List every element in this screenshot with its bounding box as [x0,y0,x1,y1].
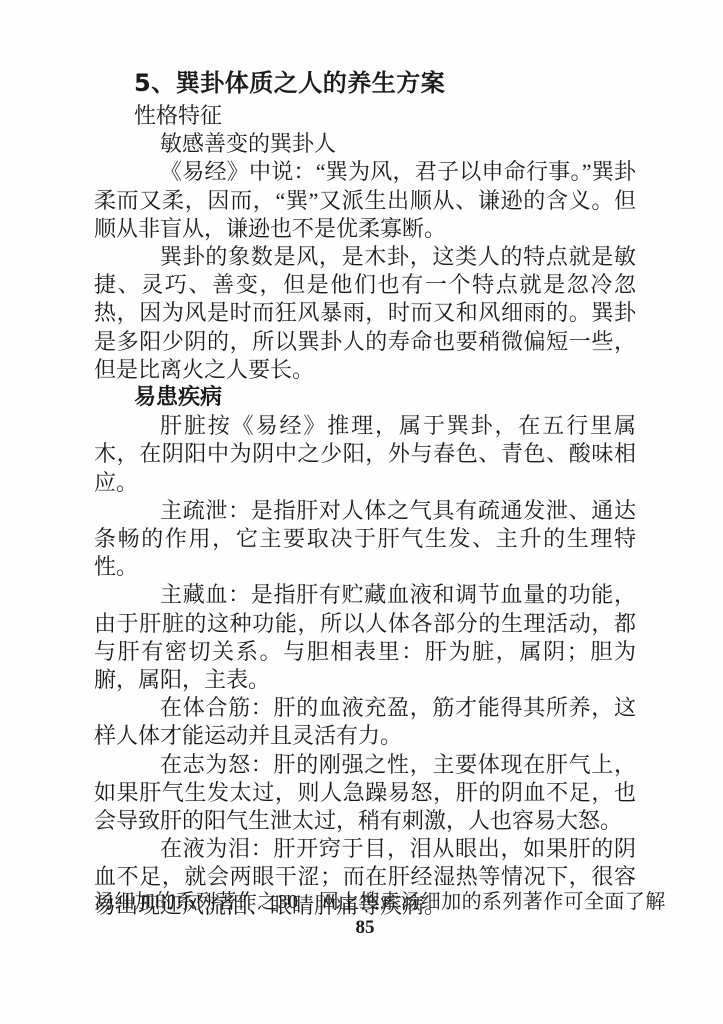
personality-heading: 性格特征 [134,102,636,130]
footer-series-note: 汤细加的系列著作之30 网上搜索汤细加的系列著作可全面了解 [94,889,654,915]
paragraph: 肝脏按《易经》推理，属于巽卦，在五行里属木，在阴阳中为阴中之少阳，外与春色、青色… [94,412,636,497]
diseases-heading: 易患疾病 [134,384,636,412]
paragraph: 在体合筋：肝的血液充盈，筋才能得其所养，这样人体才能运动并且灵活有力。 [94,694,636,750]
paragraph: 巽卦的象数是风，是木卦，这类人的特点就是敏捷、灵巧、善变，但是他们也有一个特点就… [94,243,636,384]
book-page: 5、巽卦体质之人的养生方案 性格特征 敏感善变的巽卦人 《易经》中说：“巽为风，… [0,0,723,1024]
paragraph: 敏感善变的巽卦人 [94,130,636,158]
section-title: 5、巽卦体质之人的养生方案 [134,68,636,98]
page-number: 85 [94,916,636,940]
paragraph: 《易经》中说：“巽为风，君子以申命行事。”巽卦柔而又柔，因而，“巽”又派生出顺从… [94,158,636,243]
paragraph: 主藏血：是指肝有贮藏血液和调节血量的功能，由于肝脏的这种功能，所以人体各部分的生… [94,581,636,694]
paragraph: 在志为怒：肝的刚强之性，主要体现在肝气上，如果肝气生发太过，则人急躁易怒，肝的阴… [94,751,636,836]
page-content: 5、巽卦体质之人的养生方案 性格特征 敏感善变的巽卦人 《易经》中说：“巽为风，… [94,68,636,920]
paragraph: 主疏泄：是指肝对人体之气具有疏通发泄、通达条畅的作用，它主要取决于肝气生发、主升… [94,497,636,582]
